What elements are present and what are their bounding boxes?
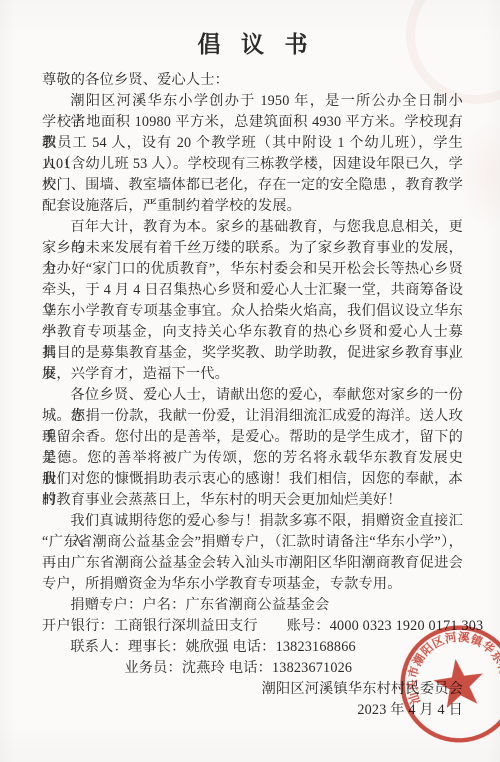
date-line: 2023 年 4 月 4 日 [42, 700, 463, 721]
text-line: 配套设施落后，严重制约着学校的发展。 [42, 196, 463, 217]
text-line: 美德。您的善举将被广为传颂，您的芳名将永载华东教育发展史册。 [42, 448, 463, 469]
salutation-line: 尊敬的各位乡贤、爱心人士： [42, 70, 463, 91]
text-line: 其目的是募集教育基金，奖学奖教、助学助教，促进家乡教育事业发 [42, 343, 463, 364]
text-line: 各位乡贤、爱心人士，请献出您的爱心，奉献您对家乡的一份赤 [42, 385, 463, 406]
text-line: 职员工 54 人，设有 20 个教学班（其中附设 1 个幼儿班），学生 1101 [42, 133, 463, 154]
contact-chairman-line: 联系人：理事长：姚欣强 电话：13823168866 [42, 637, 463, 658]
text-line: 牵头，于 4 月 4 日召集热心乡贤和爱心人士汇聚一堂，共商筹备设立 [42, 280, 463, 301]
document-title: 倡 议 书 [42, 26, 463, 59]
faint-ink-smudge-right-edge [458, 120, 500, 230]
text-line: 再由广东省潮商公益基金会转入汕头市潮阳区华阳潮商教育促进会 [42, 553, 463, 574]
text-line: 专户，所捐赠资金为华东小学教育专项基金，专款专用。 [42, 574, 463, 595]
text-line: 城。您捐一份款，我献一份爱，让涓涓细流汇成爱的海洋。送人玫瑰， [42, 406, 463, 427]
text-line: 手留余香。您付出的是善举，是爱心。帮助的是学生成才，留下的是 [42, 427, 463, 448]
text-line: 的教育事业会蒸蒸日上，华东村的明天会更加灿烂美好！ [42, 490, 463, 511]
bank-account-line: 开户银行：工商银行深圳益田支行 账号：4000 0323 1920 0171 3… [42, 616, 463, 637]
text-line: 百年大计，教育为本。家乡的基础教育，与您我息息相关，更与 [42, 217, 463, 238]
text-line: 大门、围墙、教室墙体都已老化，存在一定的安全隐患 ，教育教学 [42, 175, 463, 196]
text-line: 家乡的未来发展有着千丝万缕的联系。为了家乡教育事业的发展，全 [42, 238, 463, 259]
text-line: 学教育专项基金，向支持关心华东教育的热心乡贤和爱心人士募捐， [42, 322, 463, 343]
text-line: 展，兴学育才，造福下一代。 [42, 364, 463, 385]
text-line: 人（含幼儿班 53 人）。学校现有三栋教学楼，因建设年限已久，学校 [42, 154, 463, 175]
text-line: 我们对您的慷慨捐助表示衷心的感谢！我们相信，因您的奉献，本村 [42, 469, 463, 490]
contact-clerk-line: 业务员：沈燕玲 电话：13823671026 [42, 658, 463, 679]
document-body: 尊敬的各位乡贤、爱心人士：潮阳区河溪华东小学创办于 1950 年，是一所公办全日… [42, 70, 463, 721]
text-line: 力办好“家门口的优质教育”，华东村委会和吴开松会长等热心乡贤 [42, 259, 463, 280]
signature-line: 潮阳区河溪镇华东村村民委员会 [42, 679, 463, 700]
text-line: 华东小学教育专项基金事宜。众人拾柴火焰高，我们倡议设立华东小 [42, 301, 463, 322]
text-line: 我们真诚期待您的爱心参与！捐款多寡不限，捐赠资金直接汇入 [42, 511, 463, 532]
text-line: 学校占地面积 10980 平方米，总建筑面积 4930 平方米。学校现有教 [42, 112, 463, 133]
text-line: 潮阳区河溪华东小学创办于 1950 年，是一所公办全日制小学， [42, 91, 463, 112]
text-line: “广东省潮商公益基金会”捐赠专户，（汇款时请备注“华东小学”）， [42, 532, 463, 553]
donation-account-name-line: 捐赠专户：户名：广东省潮商公益基金会 [42, 595, 463, 616]
scanned-letter-page: 倡 议 书 尊敬的各位乡贤、爱心人士：潮阳区河溪华东小学创办于 1950 年，是… [0, 0, 500, 762]
